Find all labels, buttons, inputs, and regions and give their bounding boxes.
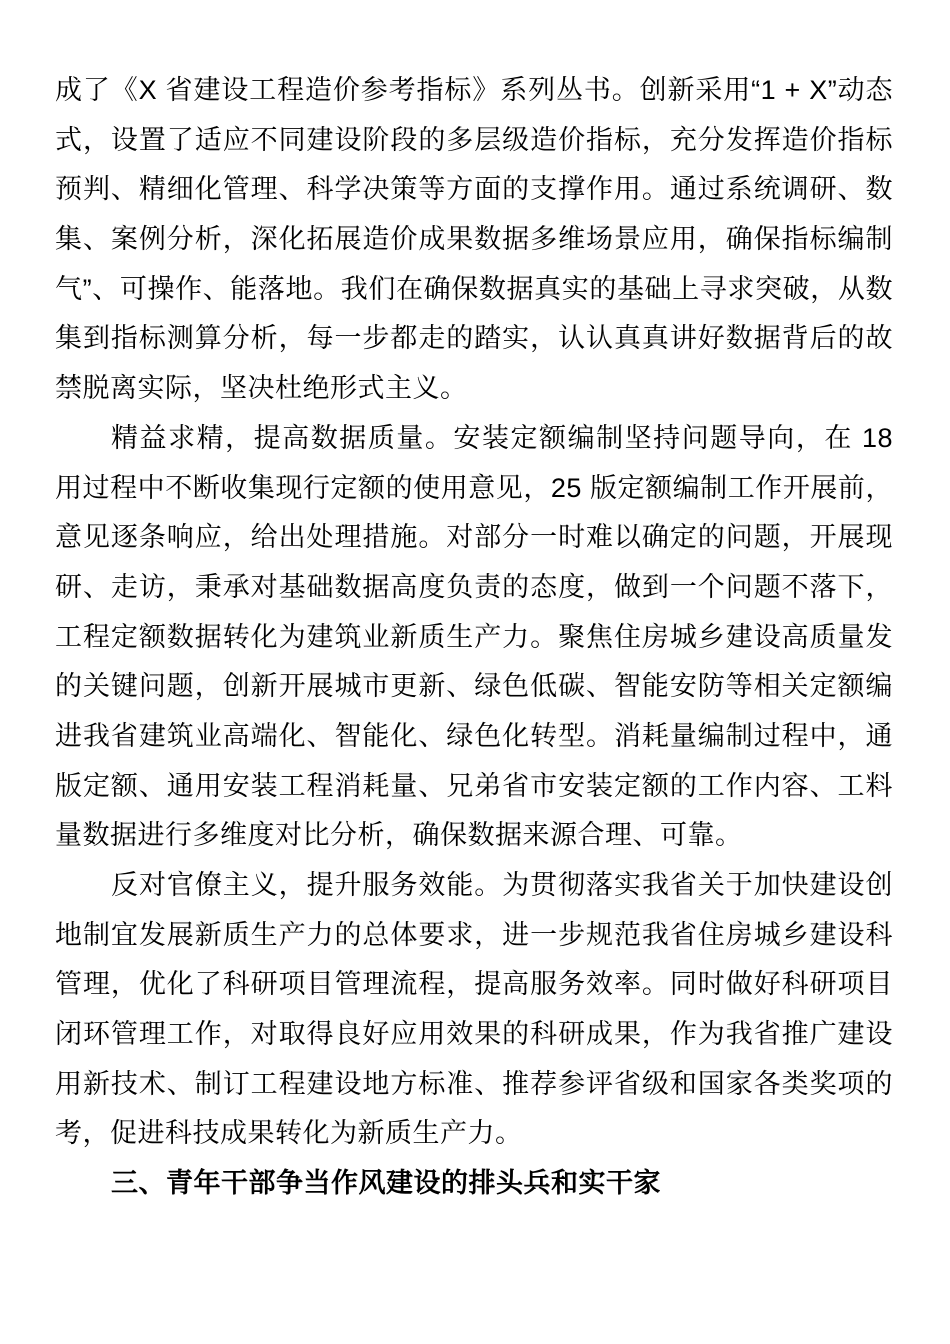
paragraph-continued-line-6: 集到指标测算分析，每一步都走的踏实，认认真真讲好数据背后的故事，严	[55, 314, 893, 364]
paragraph-data-quality-line-1: 精益求精，提高数据质量。安装定额编制坚持问题导向，在 18 版定额应	[55, 414, 893, 464]
paragraph-continued-line-5: 气”、可操作、能落地。我们在确保数据真实的基础上寻求突破，从数据收	[55, 265, 893, 315]
paragraph-data-quality-line-6: 的关键问题，创新开展城市更新、绿色低碳、智能安防等相关定额编制，推	[55, 662, 893, 712]
paragraph-data-quality-line-2: 用过程中不断收集现行定额的使用意见，25 版定额编制工作开展前，对征求	[55, 464, 893, 514]
paragraph-service-efficiency-line-3: 管理，优化了科研项目管理流程，提高服务效率。同时做好科研项目全过程	[55, 960, 893, 1010]
paragraph-continued: 成了《X 省建设工程造价参考指标》系列丛书。创新采用“1 + X”动态应用模式，…	[55, 66, 893, 414]
paragraph-data-quality: 精益求精，提高数据质量。安装定额编制坚持问题导向，在 18 版定额应用过程中不断…	[55, 414, 893, 861]
paragraph-service-efficiency-line-5: 用新技术、制订工程建设地方标准、推荐参评省级和国家各类奖项的重要参	[55, 1060, 893, 1110]
paragraph-data-quality-line-5: 工程定额数据转化为建筑业新质生产力。聚焦住房城乡建设高质量发展面临	[55, 613, 893, 663]
paragraph-continued-line-4: 集、案例分析，深化拓展造价成果数据多维场景应用，确保指标编制“接地	[55, 215, 893, 265]
paragraph-continued-line-7: 禁脱离实际，坚决杜绝形式主义。	[55, 364, 893, 414]
paragraph-continued-line-2: 式，设置了适应不同建设阶段的多层级造价指标，充分发挥造价指标在风险	[55, 116, 893, 166]
section-heading-3: 三、青年干部争当作风建设的排头兵和实干家	[55, 1159, 893, 1209]
paragraph-service-efficiency: 反对官僚主义，提升服务效能。为贯彻落实我省关于加快建设创新 X 因地制宜发展新质…	[55, 861, 893, 1159]
paragraph-continued-line-3: 预判、精细化管理、科学决策等方面的支撑作用。通过系统调研、数据采	[55, 165, 893, 215]
document-body: 成了《X 省建设工程造价参考指标》系列丛书。创新采用“1 + X”动态应用模式，…	[55, 66, 893, 1209]
paragraph-data-quality-line-3: 意见逐条响应，给出处理措施。对部分一时难以确定的问题，开展现场调	[55, 513, 893, 563]
paragraph-continued-line-1: 成了《X 省建设工程造价参考指标》系列丛书。创新采用“1 + X”动态应用模	[55, 66, 893, 116]
paragraph-service-efficiency-line-2: 地制宜发展新质生产力的总体要求，进一步规范我省住房城乡建设科研项目	[55, 911, 893, 961]
section-heading-3-line-1: 三、青年干部争当作风建设的排头兵和实干家	[55, 1159, 893, 1209]
paragraph-data-quality-line-8: 版定额、通用安装工程消耗量、兄弟省市安装定额的工作内容、工料机消耗	[55, 762, 893, 812]
paragraph-data-quality-line-7: 进我省建筑业高端化、智能化、绿色化转型。消耗量编制过程中，通过与老	[55, 712, 893, 762]
paragraph-service-efficiency-line-4: 闭环管理工作，对取得良好应用效果的科研成果，作为我省推广建设科技应	[55, 1010, 893, 1060]
document-page: 成了《X 省建设工程造价参考指标》系列丛书。创新采用“1 + X”动态应用模式，…	[0, 0, 950, 1344]
paragraph-data-quality-line-4: 研、走访，秉承对基础数据高度负责的态度，做到一个问题不落下，努力将	[55, 563, 893, 613]
paragraph-service-efficiency-line-6: 考，促进科技成果转化为新质生产力。	[55, 1109, 893, 1159]
paragraph-service-efficiency-line-1: 反对官僚主义，提升服务效能。为贯彻落实我省关于加快建设创新 X 因	[55, 861, 893, 911]
paragraph-data-quality-line-9: 量数据进行多维度对比分析，确保数据来源合理、可靠。	[55, 811, 893, 861]
